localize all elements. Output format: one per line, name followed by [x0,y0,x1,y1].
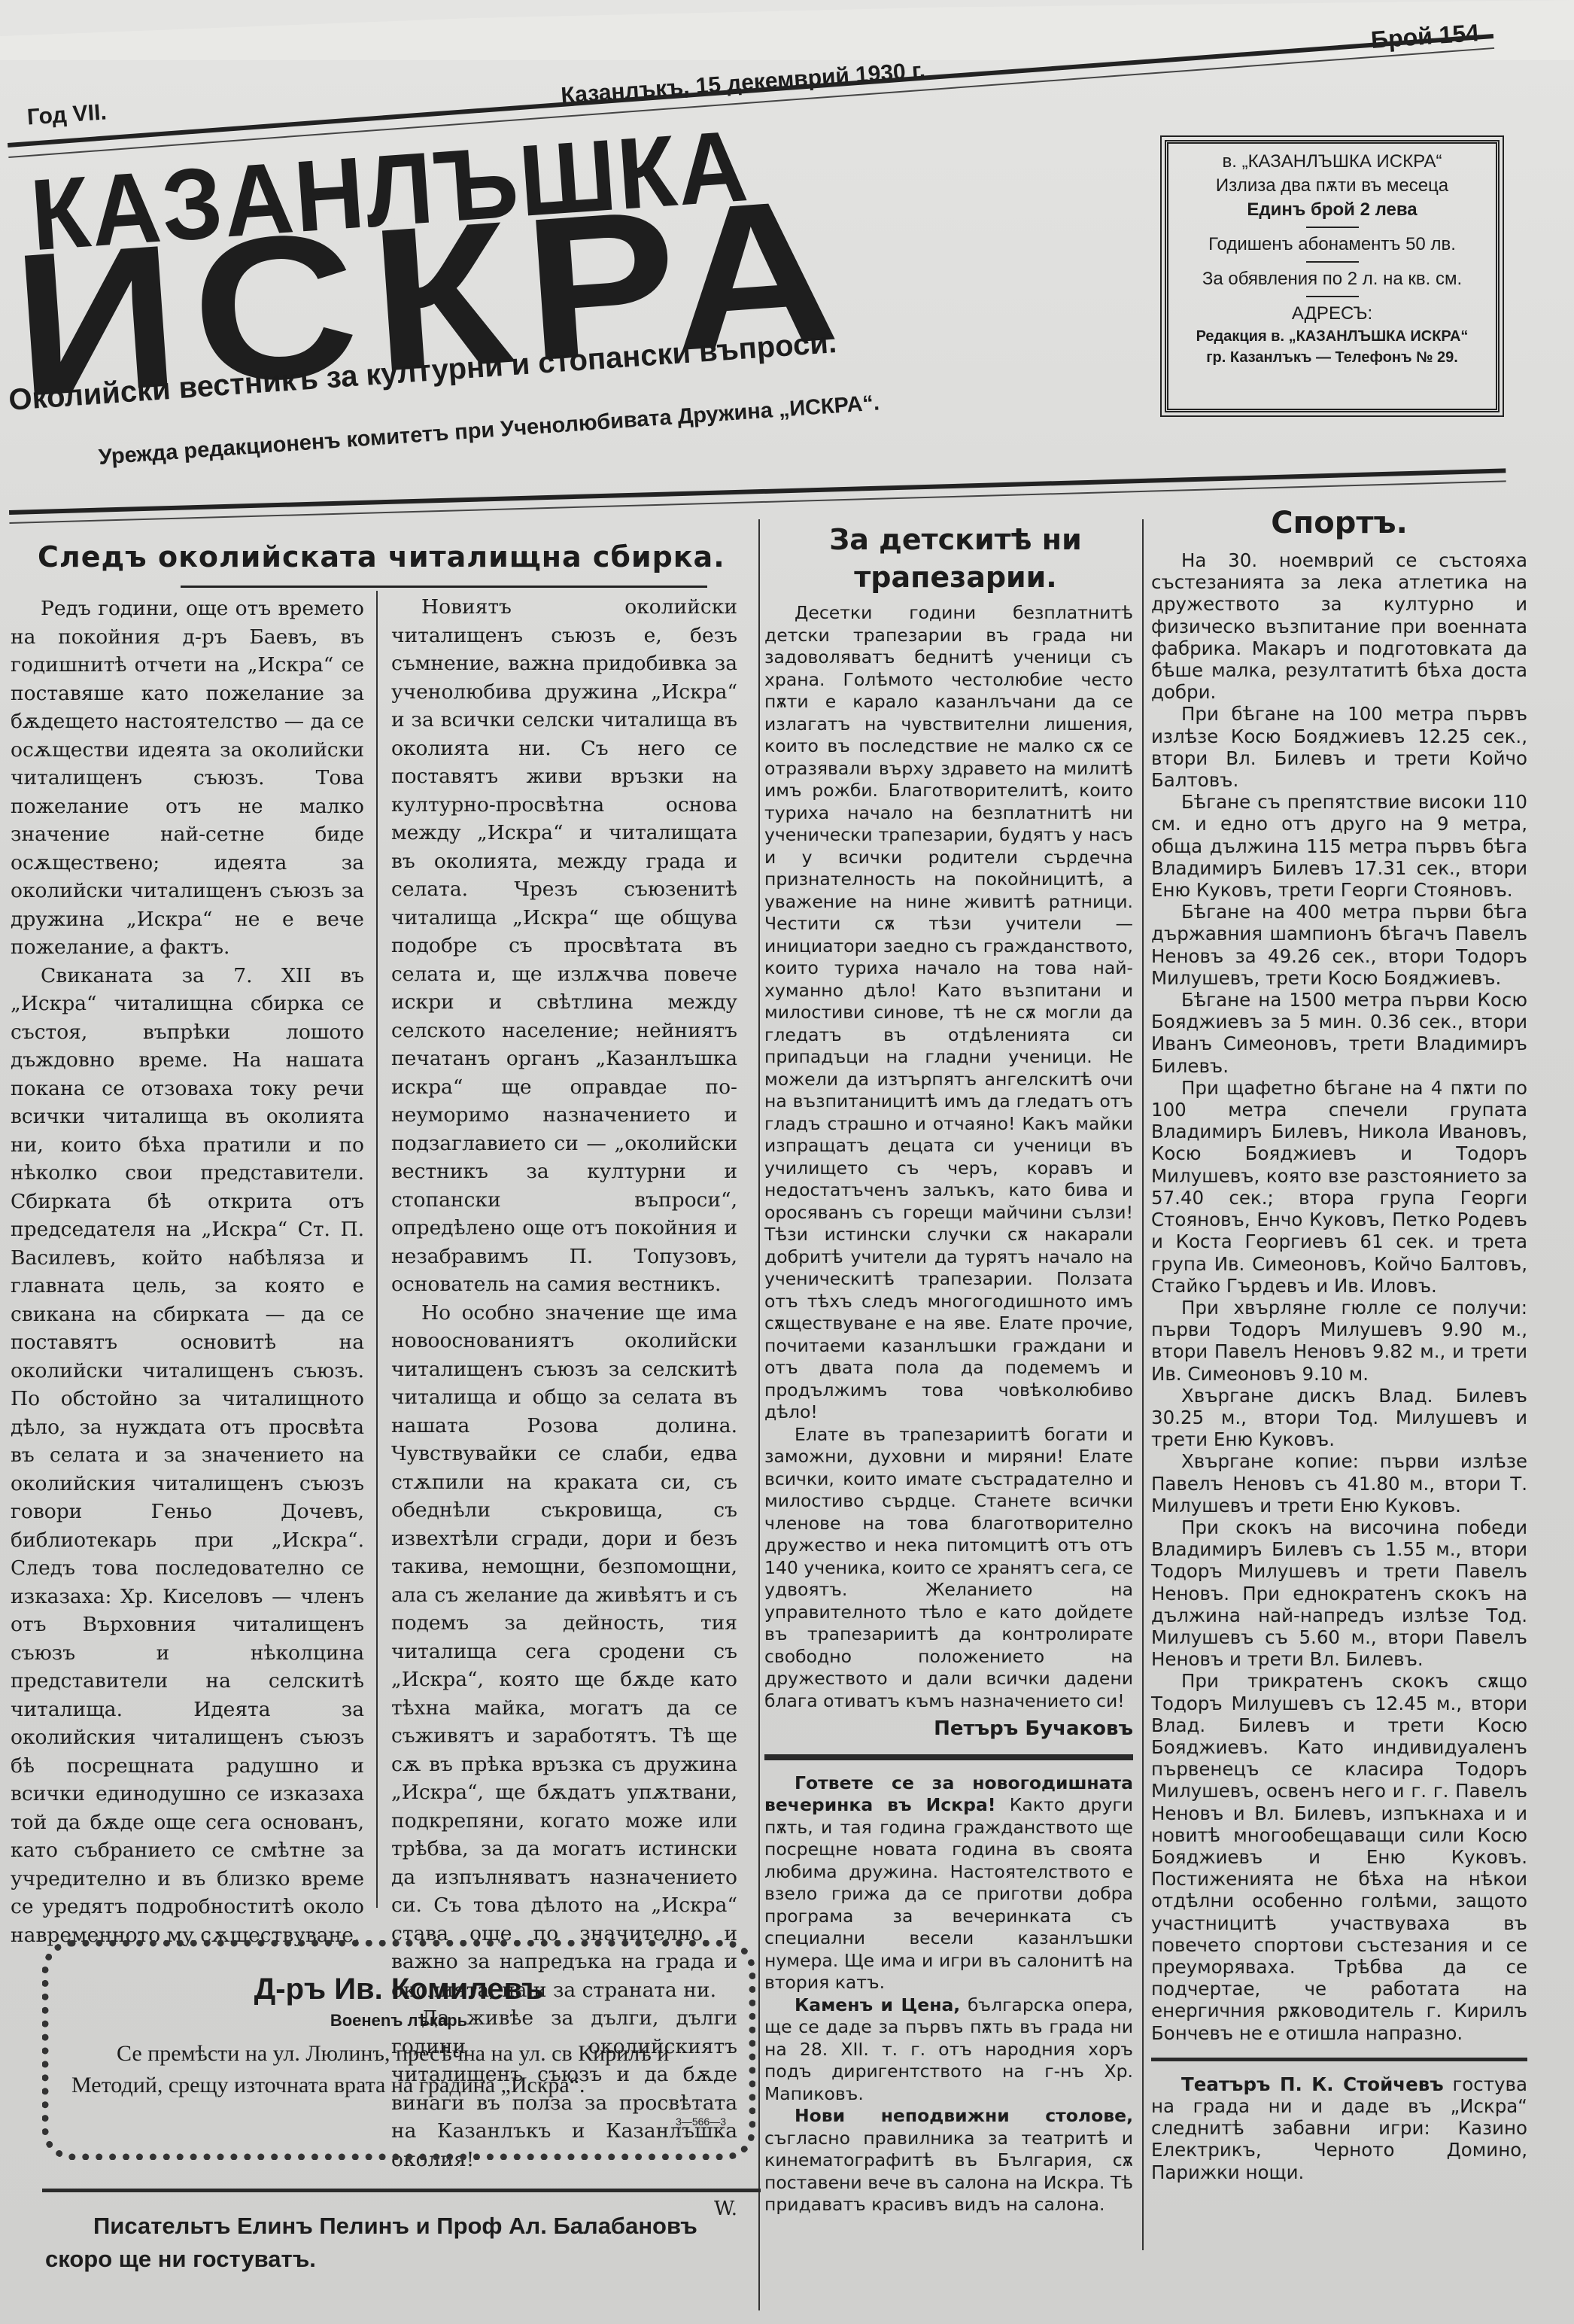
ad-doctor-title: Военenъ лѣкарь [49,2011,749,2030]
article-sport: На 30. ноемврий се състояха състезанията… [1151,549,1527,2183]
notice-new-year: Гответе се за новогодишната вечеринка въ… [764,1772,1133,1994]
paragraph: При скокъ на височина победи Владимиръ Б… [1151,1516,1527,1670]
paragraph: При щафетно бѣгане на 4 пѫти по 100 метр… [1151,1077,1527,1297]
divider [1306,227,1359,228]
paragraph: Елате въ трапезариитѣ богати и заможни, … [764,1424,1133,1713]
doctor-advertisement: Д-ръ Ив. Комилевъ Военenъ лѣкарь Се прем… [42,1940,755,2160]
divider [1306,296,1359,297]
divider [1306,261,1359,263]
info-address-line2: гр. Казанлъкъ — Телефонъ № 29. [1168,347,1496,368]
info-address-label: АДРЕСЪ: [1168,302,1496,326]
issue-year: Год VII. [26,99,108,130]
subscription-info-box: в. „КАЗАНЛЪШКА ИСКРА“ Излиза два пѫти въ… [1165,140,1500,412]
theatre-notice: Театъръ П. К. Стойчевъ гостува на града … [1151,2073,1527,2183]
paragraph: На 30. ноемврий се състояха състезанията… [1151,549,1527,703]
title-underline [181,586,707,588]
info-ads-rate: За обявления по 2 л. на кв. см. [1168,267,1496,291]
newspaper-page: Год VII. Казанлъкъ, 15 декемврий 1930 г.… [0,0,1574,2324]
paragraph: При трикратенъ скокъ сѫщо Тодоръ Милушев… [1151,1670,1527,2043]
notice-chairs: Нови неподвижни столове, съгласно правил… [764,2105,1133,2216]
paragraph: При хвърляне гюлле се получи: първи Тодо… [1151,1297,1527,1385]
paragraph: Новиятъ околийски читалищенъ съюзъ е, бе… [391,593,737,1299]
column-divider [376,591,378,1908]
paragraph: Бѣгане на 400 метра първи бѣга държавния… [1151,901,1527,989]
notice-opera: Каменъ и Цена, българска опера, ще се да… [764,1994,1133,2106]
column-divider [1142,519,1144,2250]
article-title-canteens: За детскитѣ ни трапезарии. [767,521,1144,596]
section-rule [1151,2058,1527,2061]
notice-lead: Театъръ П. К. Стойчевъ [1181,2073,1444,2095]
article-signature: Петъръ Бучаковъ [764,1718,1133,1741]
article-title-reading-rooms: Следъ околийската читалищна сбирка. [38,540,725,573]
ad-doctor-name: Д-ръ Ив. Комилевъ [49,1973,749,2006]
notice-lead: Нови неподвижни столове, [795,2105,1133,2126]
guests-notice: Писательтъ Елинъ Пелинъ и Проф Ал. Балаб… [45,2210,767,2276]
notice-lead: Каменъ и Цена, [795,1994,960,2015]
paragraph: Бѣгане съ препятствие високи 110 см. и е… [1151,791,1527,901]
column-divider [758,519,760,2310]
article-canteens: Десетки години безплатнитѣ детски трапез… [764,602,1133,2216]
paragraph: Хвъргане копие: първи излѣзе Павелъ Нено… [1151,1450,1527,1516]
paragraph: Десетки години безплатнитѣ детски трапез… [764,602,1133,1424]
article-title-sport: Спортъ. [1144,506,1535,540]
info-address-line1: Редакция в. „КАЗАНЛЪШКА ИСКРА“ [1168,326,1496,347]
paragraph: Свиканата за 7. XII въ „Искра“ читалищна… [11,962,364,1950]
paragraph: Редъ години, още отъ времето на покойния… [11,595,364,962]
info-frequency: Излиза два пѫти въ месеца [1168,174,1496,198]
paragraph: При бѣгане на 100 метра първъ излѣзе Кос… [1151,703,1527,791]
section-rule [42,2189,761,2192]
ad-code: 3—566—3 [676,2116,726,2128]
ad-doctor-body: Се премѣсти на ул. Люлинъ, пресѣчна на у… [49,2030,749,2101]
paragraph: Бѣгане на 1500 метра първи Косю Бояджиев… [1151,989,1527,1077]
article-reading-rooms-col1: Редъ години, още отъ времето на покойния… [11,595,364,1949]
paragraph: Хвъргане дискъ Влад. Билевъ 30.25 м., вт… [1151,1385,1527,1451]
notice-text: Както други пѫть, и тая година гражданст… [764,1794,1133,1993]
notice-text: съгласно правилника за театритѣ и кинема… [764,2128,1133,2216]
section-rule [764,1754,1133,1760]
info-subscription: Годишенъ абонаментъ 50 лв. [1168,233,1496,257]
paragraph: Но особно значение ще има новооснованият… [391,1299,737,2005]
info-paper-name: в. „КАЗАНЛЪШКА ИСКРА“ [1168,150,1496,174]
info-price: Единъ брой 2 лева [1168,198,1496,222]
